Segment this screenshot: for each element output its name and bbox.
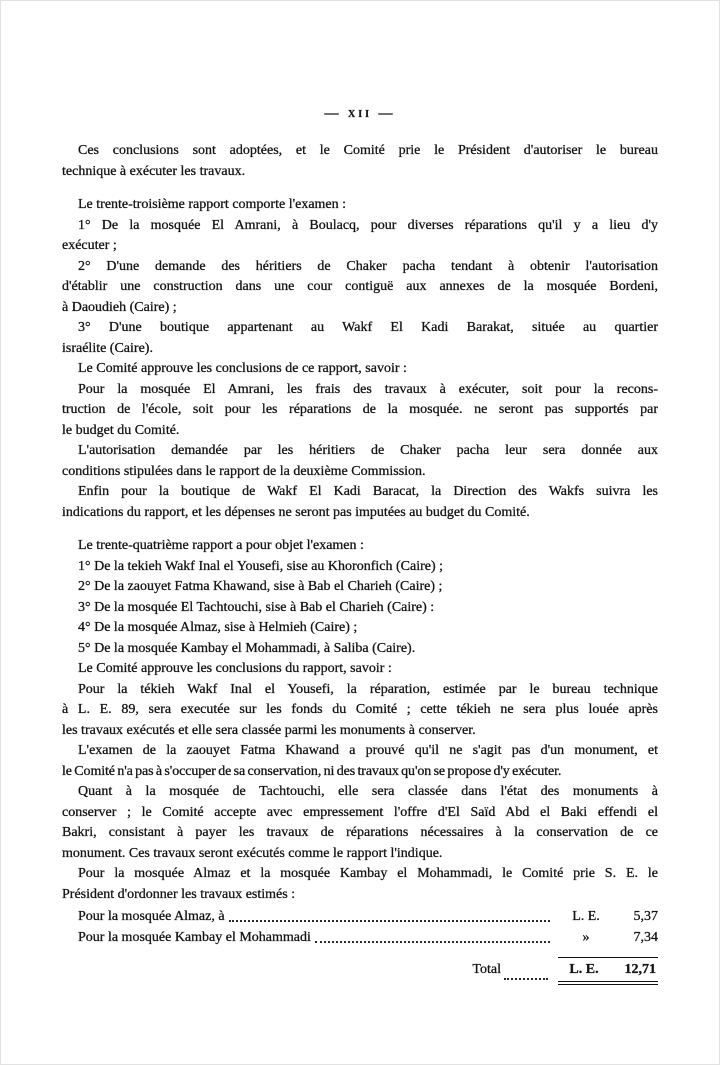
text-line: Le Comité approuve les conclusions du ra…: [62, 659, 658, 680]
text-line: Pour la mosquée El Amrani, les frais des…: [62, 380, 658, 401]
amount-label: Pour la mosquée Almaz, à: [62, 906, 225, 927]
text-line: 2° De la zaouyet Fatma Khawand, sise à B…: [62, 577, 658, 598]
page-number-header: — xii —: [0, 106, 720, 122]
text-line: Président d'ordonner les travaux estimés…: [62, 885, 658, 906]
text-line: exécuter ;: [62, 236, 658, 257]
text-line: les travaux exécutés et elle sera classé…: [62, 721, 658, 742]
text-line: [62, 182, 658, 195]
text-line: le Comité n'a pas à s'occuper de sa cons…: [62, 762, 658, 783]
amounts-table: Pour la mosquée Almaz, à L. E. 5,37 Pour…: [62, 906, 658, 985]
total-value: 12,71: [610, 959, 656, 980]
text-line: monument. Ces travaux seront exécutés co…: [62, 844, 658, 865]
text-line: 2° D'une demande des héritiers de Chaker…: [62, 257, 658, 278]
dot-leader: [229, 920, 550, 922]
text-line: truction de l'école, soit pour les répar…: [62, 400, 658, 421]
text-line: technique à exécuter les travaux.: [62, 162, 658, 183]
text-line: à L. E. 89, sera executée sur les fonds …: [62, 700, 658, 721]
text-line: Quant à la mosquée de Tachtouchi, elle s…: [62, 782, 658, 803]
text-line: 5° De la mosquée Kambay el Mohammadi, à …: [62, 639, 658, 660]
text-line: à Daoudieh (Caire) ;: [62, 298, 658, 319]
total-currency: L. E.: [558, 959, 610, 980]
currency-cell: »: [560, 927, 612, 948]
text-line: conserver ; le Comité accepte avec empre…: [62, 803, 658, 824]
currency-cell: L. E.: [560, 906, 612, 927]
text-line: Le trente-quatrième rapport a pour objet…: [62, 536, 658, 557]
amount-row: Pour la mosquée Almaz, à L. E. 5,37: [62, 906, 658, 927]
text-column: Ces conclusions sont adoptées, et le Com…: [62, 141, 658, 985]
total-amount-box: L. E. 12,71: [558, 957, 658, 985]
dot-leader: [504, 978, 548, 980]
text-line: le budget du Comité.: [62, 421, 658, 442]
text-line: Le trente-troisième rapport comporte l'e…: [62, 195, 658, 216]
text-line: L'examen de la zaouyet Fatma Khawand a p…: [62, 741, 658, 762]
total-label: Total: [472, 959, 501, 980]
text-line: conditions stipulées dans le rapport de …: [62, 462, 658, 483]
amount-label: Pour la mosquée Kambay el Mohammadi: [62, 927, 311, 948]
text-line: indications du rapport, et les dépenses …: [62, 503, 658, 524]
text-line: Enfin pour la boutique de Wakf El Kadi B…: [62, 482, 658, 503]
text-line: Ces conclusions sont adoptées, et le Com…: [62, 141, 658, 162]
text-line: Pour la tékieh Wakf Inal el Yousefi, la …: [62, 680, 658, 701]
text-line: 1° De la tekieh Wakf Inal el Yousefi, si…: [62, 557, 658, 578]
text-line: L'autorisation demandée par les héritier…: [62, 441, 658, 462]
text-line: 1° De la mosquée El Amrani, à Boulacq, p…: [62, 216, 658, 237]
body-text-lines: Ces conclusions sont adoptées, et le Com…: [62, 141, 658, 905]
text-line: [62, 523, 658, 536]
text-line: Le Comité approuve les conclusions de ce…: [62, 359, 658, 380]
amount-rows: Pour la mosquée Almaz, à L. E. 5,37 Pour…: [62, 906, 658, 948]
text-line: Bakri, consistant à payer les travaux de…: [62, 823, 658, 844]
text-line: 3° D'une boutique appartenant au Wakf El…: [62, 318, 658, 339]
text-line: 4° De la mosquée Almaz, sise à Helmieh (…: [62, 618, 658, 639]
text-line: Pour la mosquée Almaz et la mosquée Kamb…: [62, 864, 658, 885]
text-line: d'établir une construction dans une cour…: [62, 277, 658, 298]
amount-value: 5,37: [612, 906, 658, 927]
scanned-document-page: — xii — Ces conclusions sont adoptées, e…: [0, 0, 720, 1065]
amount-value: 7,34: [612, 927, 658, 948]
amount-row: Pour la mosquée Kambay el Mohammadi » 7,…: [62, 927, 658, 948]
dot-leader: [315, 941, 550, 943]
text-line: israélite (Caire).: [62, 339, 658, 360]
total-row: Total L. E. 12,71: [62, 957, 658, 985]
text-line: 3° De la mosquée El Tachtouchi, sise à B…: [62, 598, 658, 619]
